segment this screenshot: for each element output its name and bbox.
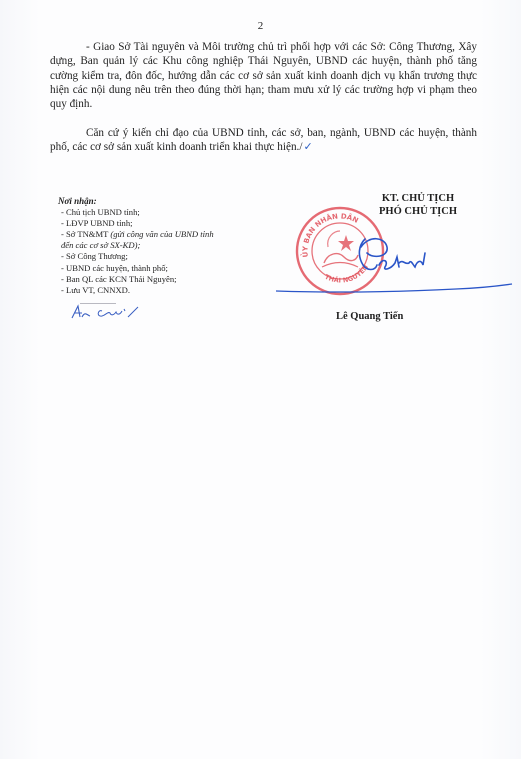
recipient-item: - Sở Công Thương; (61, 251, 228, 262)
paragraph-implementation: Căn cứ ý kiến chỉ đạo của UBND tỉnh, các… (50, 126, 477, 155)
recipient-text: - Lưu VT, CNNXD. (61, 285, 130, 295)
recipient-text: - Ban QL các KCN Thái Nguyên; (61, 274, 177, 284)
recipient-item: - UBND các huyện, thành phố; (61, 263, 228, 274)
signer-role-line2: PHÓ CHỦ TỊCH (336, 206, 500, 219)
signer-role-line1: KT. CHỦ TỊCH (336, 193, 500, 206)
recipient-text: - LĐVP UBND tỉnh; (61, 218, 133, 228)
document-page: 2 - Giao Sở Tài nguyên và Môi trường chủ… (0, 0, 521, 759)
initials-signature-icon (70, 303, 140, 321)
svg-text:ỦY BAN NHÂN DÂN: ỦY BAN NHÂN DÂN (299, 212, 359, 258)
recipient-text: - Sở TN&MT (61, 229, 110, 239)
signer-name: Lê Quang Tiến (336, 311, 403, 322)
paragraph-text: Căn cứ ý kiến chỉ đạo của UBND tỉnh, các… (50, 127, 477, 153)
recipients-title: Nơi nhận: (58, 196, 228, 207)
recipient-item: - Chủ tịch UBND tỉnh; (61, 207, 228, 218)
recipient-item: - Sở TN&MT (gửi công văn của UBND tỉnh đ… (61, 229, 228, 251)
recipients-items: - Chủ tịch UBND tỉnh; - LĐVP UBND tỉnh; … (58, 207, 228, 296)
initial-check-mark-icon: ✓ (303, 140, 312, 153)
recipient-text: - UBND các huyện, thành phố; (61, 263, 168, 273)
recipient-text: - Chủ tịch UBND tỉnh; (61, 207, 140, 217)
recipient-item: - LĐVP UBND tỉnh; (61, 218, 228, 229)
recipients-list: Nơi nhận: - Chủ tịch UBND tỉnh; - LĐVP U… (58, 196, 228, 307)
paragraph-text-wrapper: Căn cứ ý kiến chỉ đạo của UBND tỉnh, các… (50, 126, 477, 155)
handwritten-signature-icon (355, 235, 435, 279)
paragraph-text: - Giao Sở Tài nguyên và Môi trường chủ t… (50, 40, 477, 111)
recipient-text: - Sở Công Thương; (61, 251, 128, 261)
paragraph-assignment: - Giao Sở Tài nguyên và Môi trường chủ t… (50, 40, 477, 111)
page-number: 2 (0, 20, 521, 32)
recipient-item: - Lưu VT, CNNXD. (61, 285, 228, 296)
signature-stroke-line-icon (276, 282, 516, 296)
recipient-item: - Ban QL các KCN Thái Nguyên; (61, 274, 228, 285)
